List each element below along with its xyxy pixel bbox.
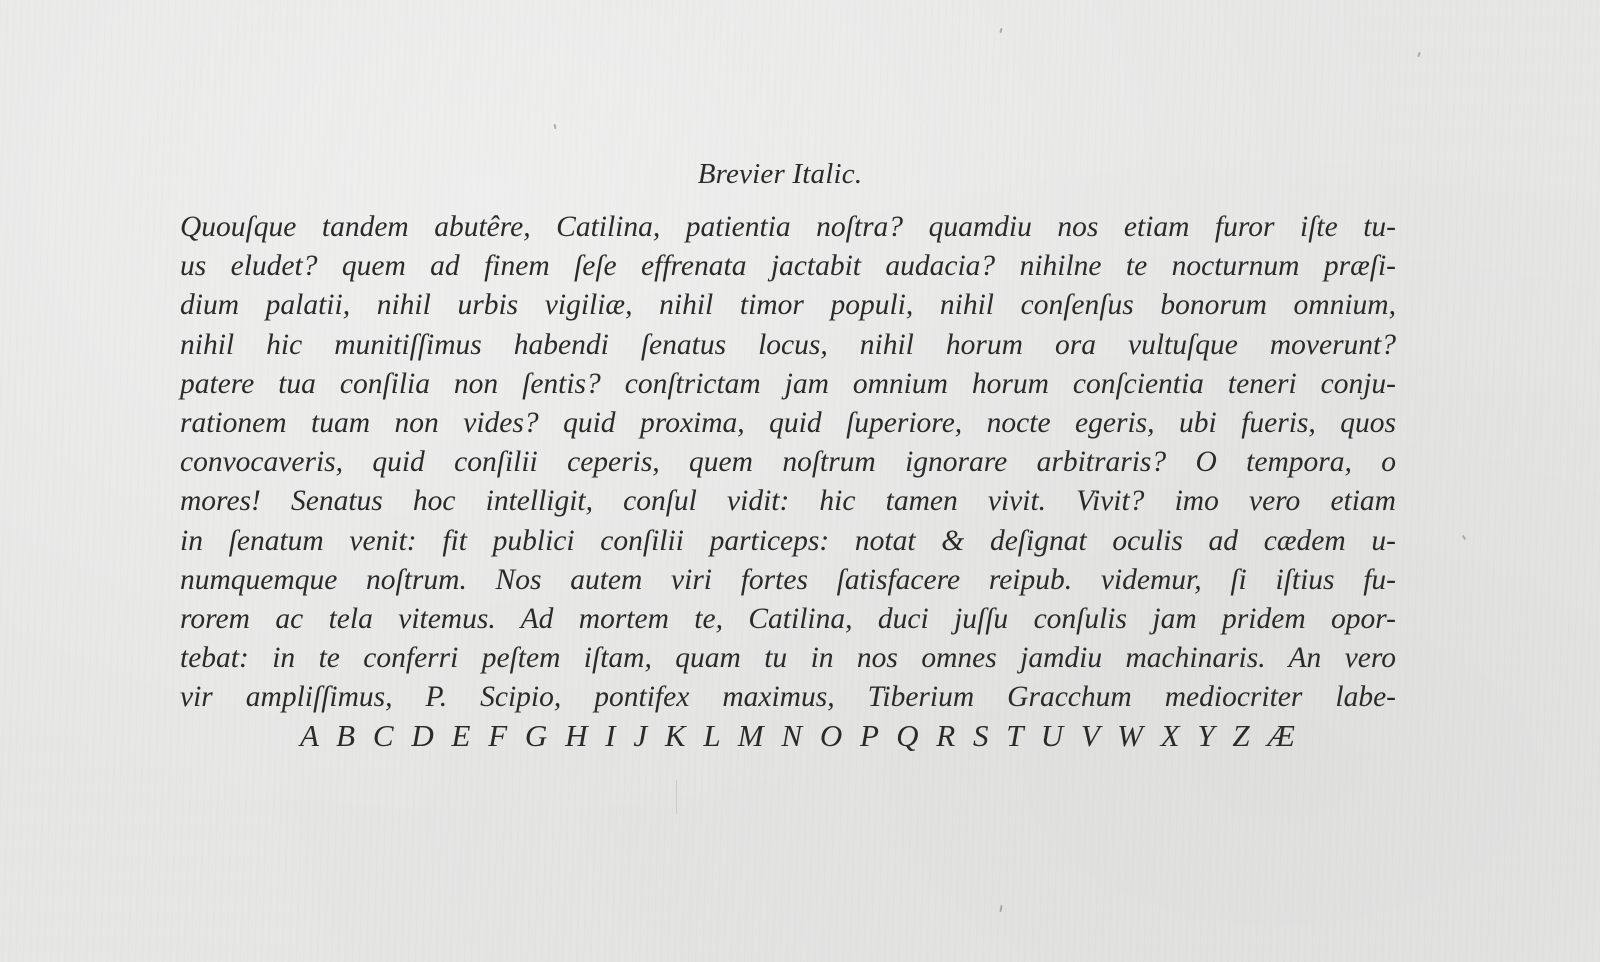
text-line: Quouſque tandem abutêre, Catilina, patie… (180, 208, 1396, 247)
text-line: mores! Senatus hoc intelligit, conſul vi… (180, 482, 1396, 521)
specimen-title: Brevier Italic. (0, 158, 1560, 191)
text-line: nihil hic munitiſſimus habendi ſenatus l… (180, 326, 1396, 365)
paper-speck (676, 780, 677, 814)
text-line: numquemque noſtrum. Nos autem viri forte… (180, 561, 1396, 600)
text-line: in ſenatum venit: fit publici conſilii p… (180, 522, 1396, 561)
text-line: vir ampliſſimus, P. Scipio, pontifex max… (180, 678, 1396, 717)
specimen-body: Quouſque tandem abutêre, Catilina, patie… (180, 208, 1396, 717)
text-line: convocaveris, quid conſilii ceperis, que… (180, 443, 1396, 482)
text-line: us eludet? quem ad finem ſeſe effrenata … (180, 247, 1396, 286)
text-line: dium palatii, nihil urbis vigiliæ, nihil… (180, 286, 1396, 325)
specimen-alphabet: A B C D E F G H I J K L M N O P Q R S T … (300, 716, 1295, 756)
text-line: rorem ac tela vitemus. Ad mortem te, Cat… (180, 600, 1396, 639)
text-line: tebat: in te conferri peſtem iſtam, quam… (180, 639, 1396, 678)
text-line: rationem tuam non vides? quid proxima, q… (180, 404, 1396, 443)
text-line: patere tua conſilia non ſentis? conſtric… (180, 365, 1396, 404)
